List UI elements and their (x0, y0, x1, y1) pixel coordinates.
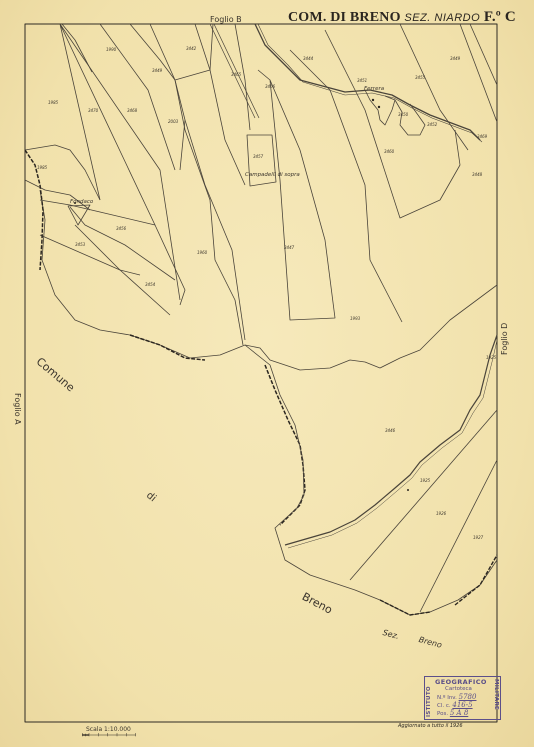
parcel-number: 3453 (75, 242, 85, 247)
parcel-number: 1990 (106, 47, 116, 52)
parcel-number: 2003 (168, 119, 178, 124)
parcel-number: 3466 (265, 84, 275, 89)
parcel-number: 3447 (284, 245, 294, 250)
parcel-number: 3448 (472, 172, 482, 177)
parcel-number: 1960 (197, 250, 207, 255)
adjacent-sheet-right-label: Foglio D (500, 323, 509, 355)
parcel-number: 3468 (127, 108, 137, 113)
parcel-number: 3449 (450, 56, 460, 61)
stamp-cartoteca: Cartoteca (445, 686, 472, 692)
stamp-cl: Cl. c. 416-5 (437, 701, 473, 709)
stamp-cl-value: 416-5 (452, 701, 472, 709)
stamp-pos-value: 5 A 8 (450, 709, 468, 717)
stamp-top: GEOGRAFICO (435, 678, 487, 686)
updated-note: Aggiornato a tutto il 1926 (398, 723, 463, 729)
stamp-pos-label: Pos. (437, 711, 448, 717)
place-ferrera: Ferrera (364, 86, 384, 92)
parcel-number: 3457 (253, 154, 263, 159)
parcel-number: 1925 (486, 355, 496, 360)
parcel-number: 3470 (88, 108, 98, 113)
parcel-number: 3454 (145, 282, 155, 287)
parcel-number: 3455 (415, 75, 425, 80)
parcel-number: 3442 (186, 46, 196, 51)
place-fondaco: Fondaco (70, 199, 93, 205)
stamp-right: MILITARE (493, 679, 499, 710)
parcel-number: 1925 (420, 478, 430, 483)
parcel-number: 3446 (385, 428, 395, 433)
parcel-number: 3444 (303, 56, 313, 61)
municipality-title: COM. DI BRENO (288, 10, 401, 25)
parcel-number: 1927 (473, 535, 483, 540)
cadastral-map-drawing (0, 0, 534, 747)
scale-bar (69, 733, 149, 737)
section-title: SEZ. NIARDO (404, 12, 480, 24)
parcel-number: 3450 (398, 112, 408, 117)
parcel-number: 1926 (436, 511, 446, 516)
parcel-number: 3456 (116, 226, 126, 231)
adjacent-sheet-left-label: Foglio A (13, 393, 22, 425)
parcel-number: 3460 (384, 149, 394, 154)
parcel-number: 3449 (152, 68, 162, 73)
stamp-inv-value: 5780 (459, 693, 477, 701)
stamp-pos: Pos. 5 A 8 (437, 709, 468, 717)
place-campodelli: Campadelli di sopra (245, 172, 300, 178)
parcel-number: 3465 (231, 72, 241, 77)
adjacent-sheet-top-label: Foglio B (210, 15, 242, 24)
stamp-inv: N.º Inv. 5780 (437, 693, 476, 701)
sheet-number: F.º C (484, 9, 516, 25)
scale-label: Scala 1:10.000 (86, 726, 131, 733)
parcel-number: 1993 (350, 316, 360, 321)
parcel-number: 3452 (427, 122, 437, 127)
archive-stamp: GEOGRAFICO ISTITUTO MILITARE Cartoteca N… (424, 676, 501, 720)
map-title: COM. DI BRENO SEZ. NIARDO F.º C (288, 9, 516, 26)
parcel-number: 1985 (48, 100, 58, 105)
parcel-number: 3451 (357, 78, 367, 83)
parcel-number: 3469 (477, 134, 487, 139)
stamp-left: ISTITUTO (426, 686, 432, 717)
parcel-number: 1985 (37, 165, 47, 170)
